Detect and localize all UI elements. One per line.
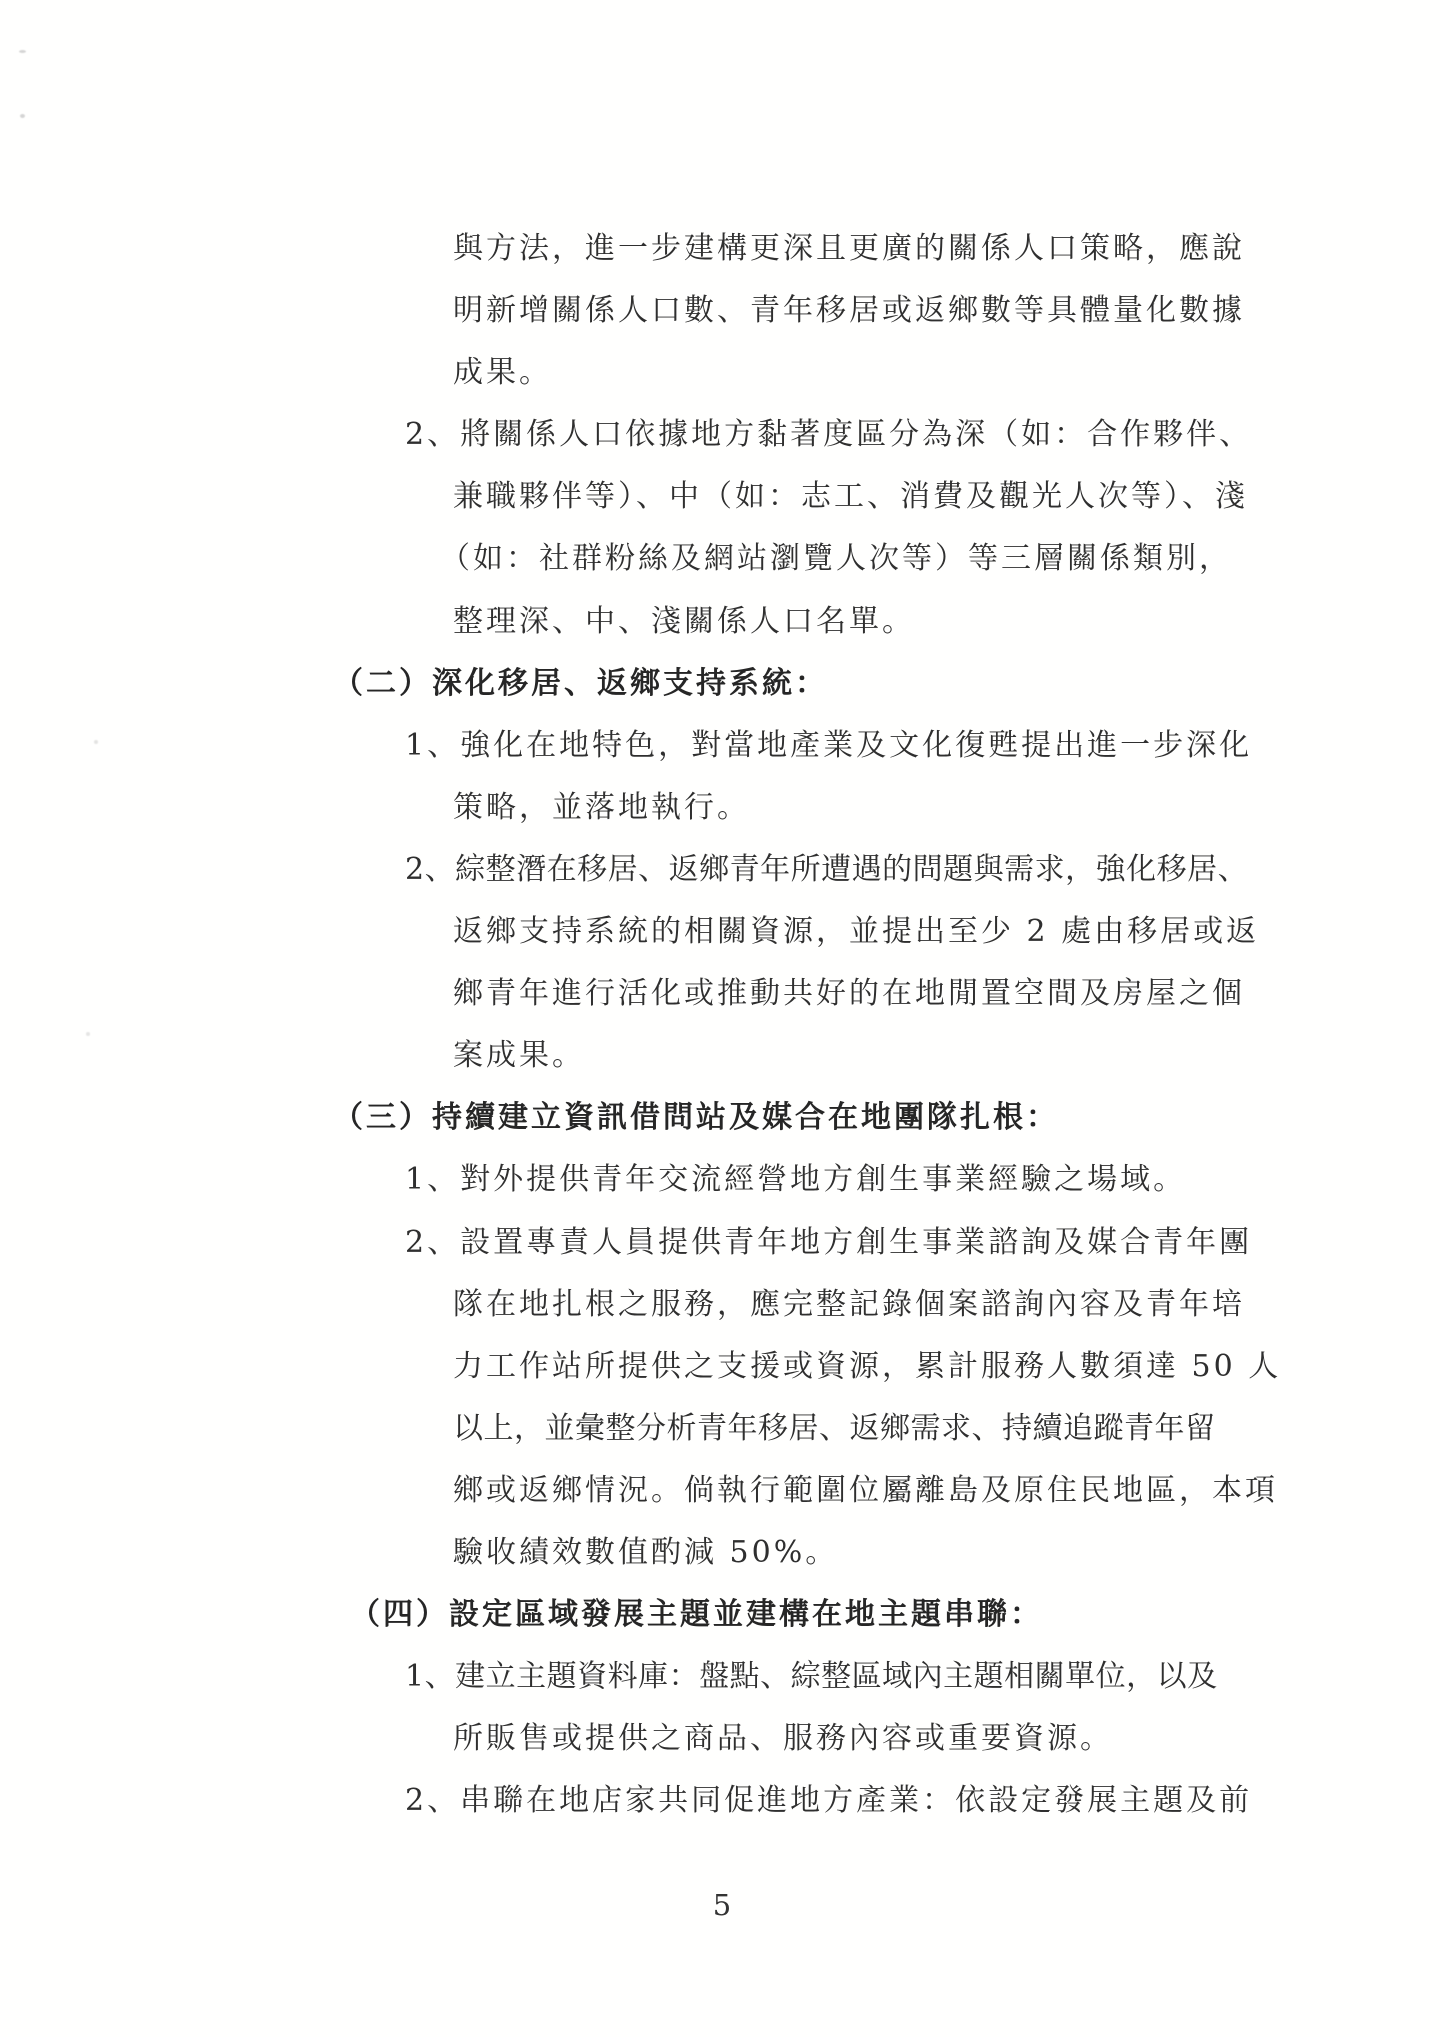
text-line: 驗收績效數值酌減 50%。 — [333, 1522, 1283, 1584]
scan-speck — [20, 114, 25, 118]
text-line: 整理深、中、淺關係人口名單。 — [333, 591, 1283, 653]
text-line: 鄉青年進行活化或推動共好的在地閒置空間及房屋之個 — [333, 963, 1283, 1025]
document-page: 與方法，進一步建構更深且更廣的關係人口策略，應說明新增關係人口數、青年移居或返鄉… — [0, 0, 1440, 2037]
scan-speck — [19, 50, 26, 53]
text-line: 鄉或返鄉情況。倘執行範圍位屬離島及原住民地區，本項 — [333, 1460, 1283, 1522]
text-line: 所販售或提供之商品、服務內容或重要資源。 — [333, 1708, 1283, 1770]
text-line: 成果。 — [333, 342, 1283, 404]
text-line: 2、將關係人口依據地方黏著度區分為深（如：合作夥伴、 — [333, 404, 1283, 466]
text-line: 隊在地扎根之服務，應完整記錄個案諮詢內容及青年培 — [333, 1274, 1283, 1336]
section-heading: （四）設定區域發展主題並建構在地主題串聯： — [333, 1584, 1283, 1646]
scan-speck — [94, 740, 98, 744]
text-line: 2、設置專責人員提供青年地方創生事業諮詢及媒合青年團 — [333, 1212, 1283, 1274]
text-line: 力工作站所提供之支援或資源，累計服務人數須達 50 人 — [333, 1336, 1283, 1398]
section-heading: （三）持續建立資訊借問站及媒合在地團隊扎根： — [333, 1087, 1283, 1149]
text-line: 1、對外提供青年交流經營地方創生事業經驗之場域。 — [333, 1149, 1283, 1211]
text-block: 與方法，進一步建構更深且更廣的關係人口策略，應說明新增關係人口數、青年移居或返鄉… — [333, 218, 1283, 1832]
text-line: 返鄉支持系統的相關資源，並提出至少 2 處由移居或返 — [333, 901, 1283, 963]
text-line: 以上，並彙整分析青年移居、返鄉需求、持續追蹤青年留 — [333, 1398, 1283, 1460]
text-line: 2、綜整潛在移居、返鄉青年所遭遇的問題與需求，強化移居、 — [333, 839, 1283, 901]
text-line: 1、強化在地特色，對當地產業及文化復甦提出進一步深化 — [333, 715, 1283, 777]
text-line: （如：社群粉絲及網站瀏覽人次等）等三層關係類別， — [333, 528, 1283, 590]
scan-speck — [86, 1032, 90, 1036]
text-line: 策略，並落地執行。 — [333, 777, 1283, 839]
section-heading: （二）深化移居、返鄉支持系統： — [333, 653, 1283, 715]
text-line: 案成果。 — [333, 1025, 1283, 1087]
text-line: 明新增關係人口數、青年移居或返鄉數等具體量化數據 — [333, 280, 1283, 342]
text-line: 與方法，進一步建構更深且更廣的關係人口策略，應說 — [333, 218, 1283, 280]
text-line: 兼職夥伴等）、中（如：志工、消費及觀光人次等）、淺 — [333, 466, 1283, 528]
text-line: 1、建立主題資料庫：盤點、綜整區域內主題相關單位，以及 — [333, 1646, 1283, 1708]
page-number: 5 — [700, 1888, 744, 1922]
text-line: 2、串聯在地店家共同促進地方產業：依設定發展主題及前 — [333, 1770, 1283, 1832]
